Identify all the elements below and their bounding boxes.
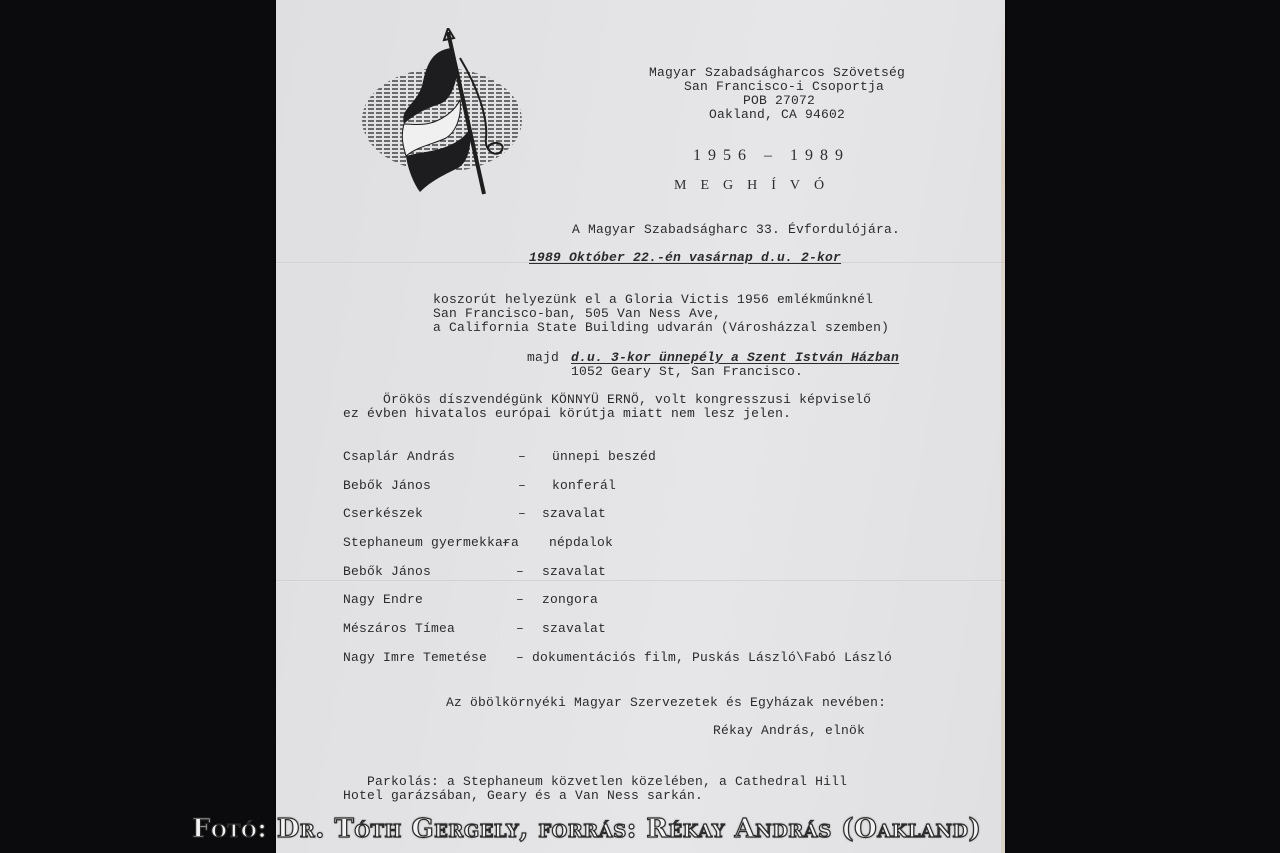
photo-credit: Fotó: Dr. Tóth Gergely, forrás: Rékay An… (192, 812, 1252, 846)
program-item: dokumentációs film, Puskás László\Fabó L… (532, 651, 892, 665)
program-item: szavalat (542, 565, 606, 579)
invitation-document: Magyar Szabadságharcos Szövetség San Fra… (276, 0, 1005, 853)
program-dash: – (516, 651, 524, 665)
program-dash: – (516, 565, 524, 579)
program-performer: Csaplár András (343, 450, 455, 464)
program-performer: Nagy Imre Temetése (343, 651, 487, 665)
program-item: szavalat (542, 622, 606, 636)
program-performer: Cserkészek (343, 507, 423, 521)
program-performer: Stephaneum gyermekkara (343, 536, 519, 550)
celebration-event: d.u. 3-kor ünnepély a Szent István Házba… (571, 351, 899, 365)
org-pob: POB 27072 (743, 94, 815, 108)
wreath-line-1: koszorút helyezünk el a Gloria Victis 19… (433, 293, 873, 307)
org-name: Magyar Szabadságharcos Szövetség (649, 66, 905, 80)
program-performer: Mészáros Tímea (343, 622, 455, 636)
program-item: népdalok (549, 536, 613, 550)
occasion-line: A Magyar Szabadságharc 33. Évfordulójára… (572, 223, 900, 237)
photo-stage: Magyar Szabadságharcos Szövetség San Fra… (0, 0, 1280, 853)
program-dash: – (502, 536, 510, 550)
program-dash: – (518, 507, 526, 521)
program-item: ünnepi beszéd (552, 450, 656, 464)
page-title: MEGHÍVÓ (674, 179, 838, 193)
fold-line (276, 580, 1005, 582)
org-group: San Francisco-i Csoportja (684, 80, 884, 94)
program-dash: – (518, 450, 526, 464)
program-item: zongora (542, 593, 598, 607)
wreath-line-2: San Francisco-ban, 505 Van Ness Ave, (433, 307, 721, 321)
years-title: 1956 – 1989 (693, 149, 850, 163)
program-performer: Bebők János (343, 479, 431, 493)
parking-line-1: Parkolás: a Stephaneum közvetlen közeléb… (343, 775, 847, 789)
program-dash: – (518, 479, 526, 493)
guest-note-line-2: ez évben hivatalos európai körútja miatt… (343, 407, 791, 421)
celebration-address: 1052 Geary St, San Francisco. (571, 365, 803, 379)
parking-line-2: Hotel garázsában, Geary és a Van Ness sa… (343, 789, 703, 803)
program-performer: Bebők János (343, 565, 431, 579)
on-behalf-line: Az öbölkörnyéki Magyar Szervezetek és Eg… (446, 696, 886, 710)
paper-edge-stain (1001, 0, 1005, 853)
date-line: 1989 Október 22.-én vasárnap d.u. 2-kor (529, 251, 841, 265)
hungarian-flag-emblem-icon (360, 28, 524, 198)
program-performer: Nagy Endre (343, 593, 423, 607)
program-dash: – (516, 622, 524, 636)
guest-note-line-1: Örökös díszvendégünk KÖNNYÜ ERNÖ, volt k… (343, 393, 871, 407)
wreath-line-3: a California State Building udvarán (Vár… (433, 321, 889, 335)
org-city: Oakland, CA 94602 (709, 108, 845, 122)
signer-line: Rékay András, elnök (713, 724, 865, 738)
celebration-prefix: majd (527, 351, 559, 365)
program-item: konferál (552, 479, 616, 493)
program-dash: – (516, 593, 524, 607)
program-item: szavalat (542, 507, 606, 521)
